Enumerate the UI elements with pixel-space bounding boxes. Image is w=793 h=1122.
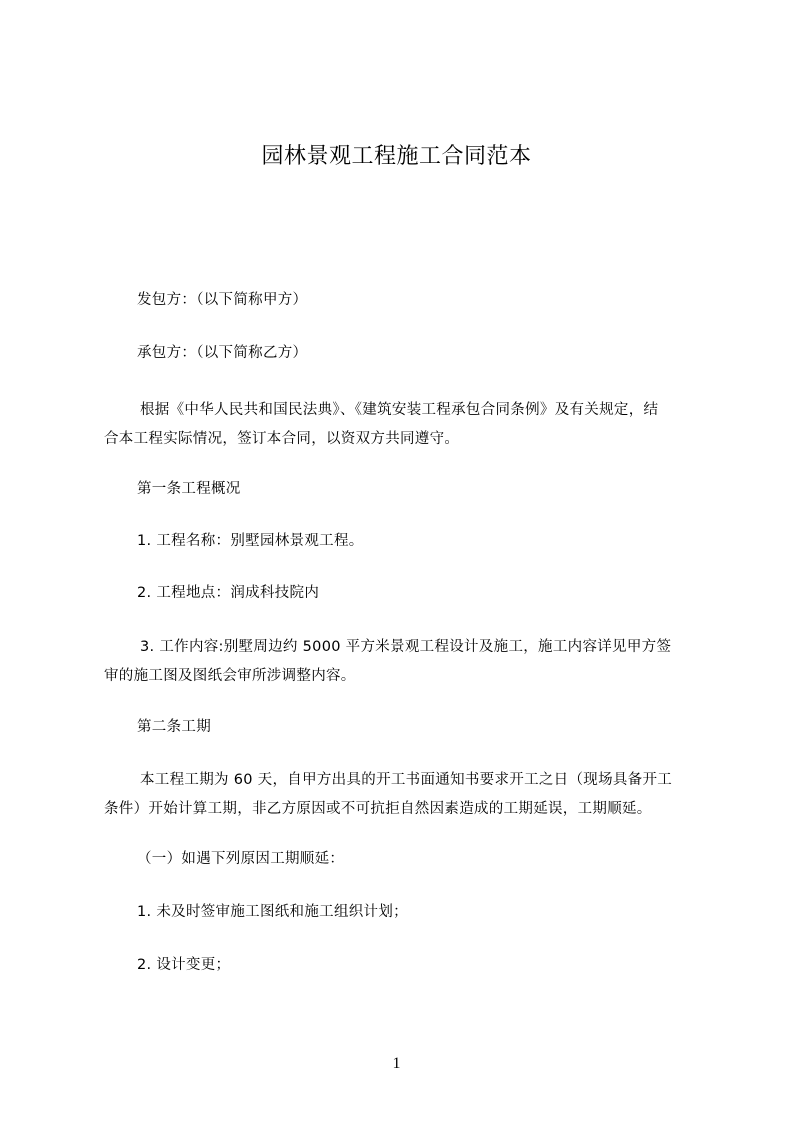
document-page: 园林景观工程施工合同范本 发包方：（以下简称甲方） 承包方：（以下简称乙方） 根… xyxy=(0,0,793,1122)
paragraph-line: 发包方：（以下简称甲方） xyxy=(104,286,724,315)
section-heading: 第二条工期 xyxy=(104,713,724,742)
article-2-heading: 第二条工期 xyxy=(104,713,724,742)
paragraph-line: 合本工程实际情况，签订本合同，以资双方共同遵守。 xyxy=(104,425,724,454)
section-heading: 第一条工程概况 xyxy=(104,475,724,504)
article-2-sub-1-item-2: 2. 设计变更； xyxy=(104,951,724,980)
paragraph-line: 3. 工作内容:别墅周边约 5000 平方米景观工程设计及施工，施工内容详见甲方… xyxy=(104,633,724,662)
document-title: 园林景观工程施工合同范本 xyxy=(0,140,793,174)
article-2-sub-1: （一）如遇下列原因工期顺延： xyxy=(104,845,724,874)
paragraph-line: 本工程工期为 60 天，自甲方出具的开工书面通知书要求开工之日（现场具备开工 xyxy=(104,766,724,795)
article-1-item-2: 2. 工程地点：润成科技院内 xyxy=(104,579,724,608)
paragraph-line: 2. 工程地点：润成科技院内 xyxy=(104,579,724,608)
paragraph-line: 1. 未及时签审施工图纸和施工组织计划； xyxy=(104,898,724,927)
paragraph-line: 条件）开始计算工期，非乙方原因或不可抗拒自然因素造成的工期延误，工期顺延。 xyxy=(104,795,724,824)
preamble-paragraph: 根据《中华人民共和国民法典》、《建筑安装工程承包合同条例》及有关规定，结 合本工… xyxy=(104,396,724,454)
paragraph-line: 1. 工程名称：别墅园林景观工程。 xyxy=(104,527,724,556)
party-a-paragraph: 发包方：（以下简称甲方） xyxy=(104,286,724,315)
article-2-sub-1-item-1: 1. 未及时签审施工图纸和施工组织计划； xyxy=(104,898,724,927)
article-1-heading: 第一条工程概况 xyxy=(104,475,724,504)
paragraph-line: （一）如遇下列原因工期顺延： xyxy=(104,845,724,874)
article-2-body: 本工程工期为 60 天，自甲方出具的开工书面通知书要求开工之日（现场具备开工 条… xyxy=(104,766,724,824)
paragraph-line: 承包方：（以下简称乙方） xyxy=(104,339,724,368)
page-number: 1 xyxy=(0,1055,793,1073)
paragraph-line: 根据《中华人民共和国民法典》、《建筑安装工程承包合同条例》及有关规定，结 xyxy=(104,396,724,425)
article-1-item-3: 3. 工作内容:别墅周边约 5000 平方米景观工程设计及施工，施工内容详见甲方… xyxy=(104,633,724,691)
paragraph-line: 2. 设计变更； xyxy=(104,951,724,980)
party-b-paragraph: 承包方：（以下简称乙方） xyxy=(104,339,724,368)
article-1-item-1: 1. 工程名称：别墅园林景观工程。 xyxy=(104,527,724,556)
paragraph-line: 审的施工图及图纸会审所涉调整内容。 xyxy=(104,662,724,691)
